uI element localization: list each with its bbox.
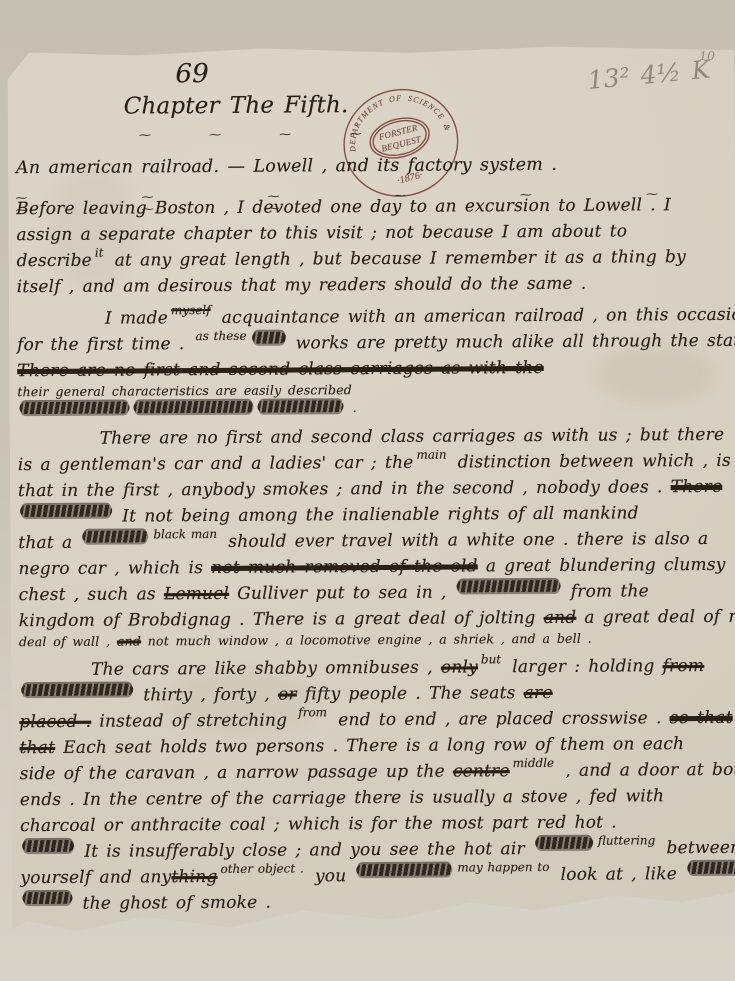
section-heading: An american railroad. — Lowell , and its… [16, 155, 557, 178]
interlinear-insertion: myself [171, 297, 211, 323]
struck-text: centre [453, 761, 510, 781]
ink-deletion-scribble [19, 401, 129, 414]
ink-deletion-scribble [535, 837, 593, 849]
handwritten-text: the ghost of smoke . [74, 893, 271, 914]
struck-text: only [441, 657, 478, 677]
interlinear-insertion: from [298, 699, 327, 725]
handwritten-text: instead of stretching [91, 710, 295, 731]
handwritten-text: side of the caravan , a narrow passage u… [20, 762, 453, 785]
handwritten-text: assign a separate chapter to this visit … [16, 221, 627, 245]
interlinear-insertion: it [95, 240, 104, 266]
ink-deletion-scribble [252, 332, 286, 344]
interlinear-insertion: middle [513, 750, 555, 776]
manuscript-line: deal of wall , and not much window , a l… [19, 630, 735, 651]
handwritten-text: acquaintance with an american railroad ,… [214, 305, 735, 328]
handwritten-text: that a [18, 533, 80, 553]
interlinear-insertion: black man [153, 521, 217, 547]
handwritten-text: Each seat holds two persons . There is a… [55, 734, 684, 758]
struck-text: and [544, 608, 577, 628]
handwritten-text: Before leaving Boston , I devoted one da… [16, 195, 671, 219]
handwritten-text: chest , such as [19, 584, 164, 605]
interlinear-insertion: as these [195, 323, 246, 349]
handwritten-text: negro car , which is [18, 558, 211, 579]
handwritten-text: The cars are like shabby omnibuses , [91, 658, 441, 680]
handwritten-text: that in the first , anybody smokes ; and… [18, 477, 671, 501]
manuscript-photo: 69 Chapter The Fifth. ~ ~ ~ ~ 13² 4½ K 1… [0, 0, 735, 981]
struck-text: so that [670, 708, 733, 728]
ink-deletion-scribble [635, 920, 673, 932]
struck-text: placed . [19, 712, 91, 732]
struck-text: are [524, 683, 553, 703]
ink-deletion-scribble [257, 400, 343, 413]
struck-text: Lemuel [164, 584, 229, 604]
handwritten-text: not much window , a locomotive engine , … [141, 631, 592, 649]
manuscript-line: the ghost of smoke . [20, 887, 735, 917]
handwritten-text: deal of wall , [19, 634, 117, 650]
handwritten-text: for the first time . [17, 334, 193, 355]
ink-deletion-scribble [687, 862, 735, 874]
corner-number: 10 [699, 49, 715, 63]
struck-text: from [663, 656, 705, 676]
handwritten-text: I made [105, 308, 168, 328]
handwritten-text: a great blundering clumsy [478, 555, 726, 577]
manuscript-page: 69 Chapter The Fifth. ~ ~ ~ ~ 13² 4½ K 1… [7, 44, 735, 938]
handwritten-text: describe [17, 251, 92, 271]
handwritten-text: you [307, 866, 355, 886]
ink-deletion-scribble [133, 401, 253, 414]
ink-deletion-scribble [22, 892, 72, 904]
interlinear-insertion: other object . [220, 855, 303, 882]
handwritten-text: is a gentleman's car and a ladies' car ;… [18, 453, 414, 475]
handwritten-text: . [345, 400, 357, 416]
handwritten-text: itself , and am desirous that my readers… [17, 274, 587, 297]
handwritten-text: yourself and any [20, 867, 171, 888]
struck-text: thing [171, 867, 217, 887]
handwritten-text: In the Ladies' car , there are a great m… [113, 922, 633, 945]
interlinear-insertion: but [481, 646, 501, 672]
handwritten-text: should ever travel with a white one . th… [220, 529, 708, 552]
handwritten-text: end to end , are placed crosswise . [330, 708, 670, 730]
struck-text: that [20, 738, 56, 758]
interlinear-insertion: main [416, 442, 446, 468]
handwritten-text: , and a door at both [557, 760, 735, 781]
handwritten-text: between [658, 838, 735, 859]
struck-text: and [117, 633, 141, 648]
handwritten-text: fifty people . The seats [297, 683, 524, 704]
handwritten-text: distinction between which , is [450, 451, 731, 473]
chapter-title: Chapter The Fifth. [124, 92, 349, 119]
folio-number: 69 [175, 59, 209, 89]
ink-deletion-scribble [356, 864, 452, 877]
manuscript-body: Before leaving Boston , I devoted one da… [16, 192, 735, 949]
ink-deletion-scribble [21, 683, 133, 696]
pencil-shelfmark: 13² 4½ K [586, 55, 711, 95]
handwritten-text: ends . In the centre of the carriage the… [20, 786, 664, 810]
struck-text: or [278, 684, 297, 704]
manuscript-line: In the Ladies' car , there are a great m… [21, 919, 735, 949]
handwritten-text: from the [563, 581, 649, 602]
handwritten-text: charcoal or anthracite coal ; which is f… [20, 813, 617, 837]
struck-text: There [671, 477, 723, 497]
handwritten-text: Gulliver put to sea in , [229, 583, 455, 604]
handwritten-text: a great deal of noise , a great [576, 606, 735, 628]
manuscript-line: itself , and am desirous that my readers… [17, 270, 735, 300]
handwritten-text: who [675, 922, 720, 942]
handwritten-text: thirty , forty , [135, 685, 278, 706]
ink-deletion-scribble [22, 840, 74, 852]
handwritten-text: look at , like [552, 864, 685, 885]
handwritten-text: at any great length , but because I reme… [106, 247, 685, 271]
ink-deletion-scribble [82, 530, 148, 542]
handwritten-text: There are no first and second class carr… [100, 425, 725, 449]
struck-text: not much removed of the old [211, 556, 478, 578]
interlinear-insertion: may happen to [457, 854, 549, 881]
handwritten-text: kingdom of Brobdignag . There is a great… [19, 608, 544, 631]
struck-text: There are no first and second class carr… [17, 358, 544, 381]
ink-deletion-scribble [457, 580, 561, 593]
handwritten-text: works are pretty much alike all through … [288, 331, 735, 354]
handwritten-text: larger : holding [504, 656, 663, 677]
ink-deletion-scribble [20, 505, 112, 518]
handwritten-text: their general characteristics are easily… [17, 382, 352, 399]
manuscript-line: . [17, 397, 735, 420]
interlinear-insertion: fluttering [598, 827, 656, 853]
